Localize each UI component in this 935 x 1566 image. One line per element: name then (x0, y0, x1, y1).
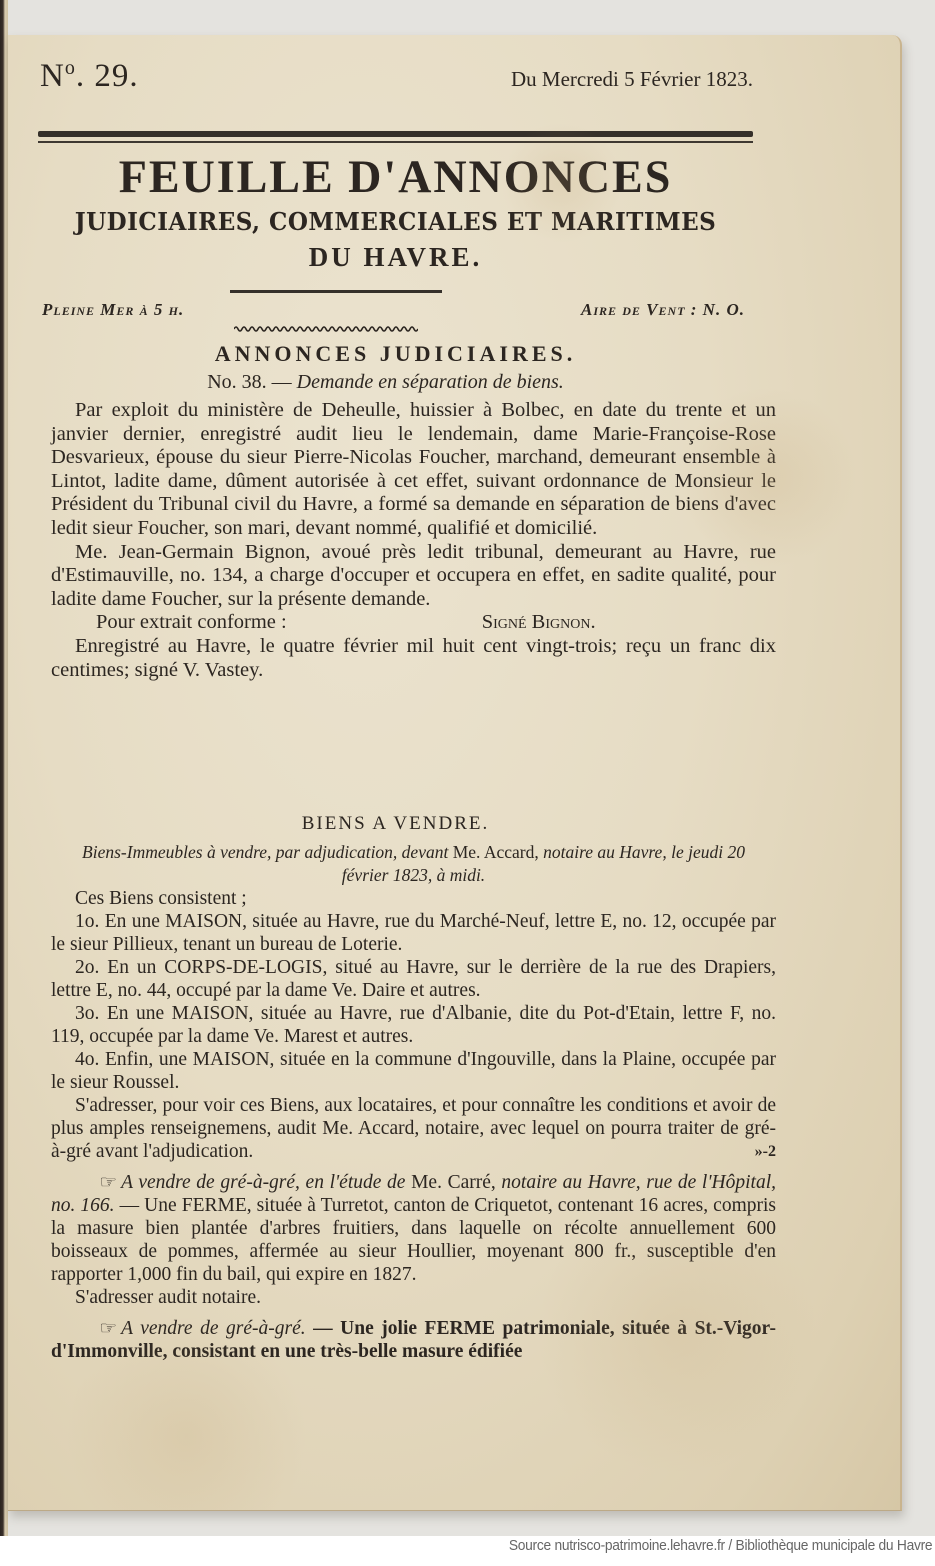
farm-ad-2: ☞A vendre de gré-à-gré. — Une jolie FERM… (51, 1317, 776, 1363)
notice-heading: No. 38. — Demande en séparation de biens… (28, 371, 743, 394)
auction-intro: Biens-Immeubles à vendre, par adjudicati… (51, 841, 776, 887)
newspaper-title: FEUILLE D'ANNONCES (45, 150, 746, 204)
extract-line: Pour extrait conforme :Signé Bignon. (51, 611, 776, 635)
sales-contact: S'adresser, pour voir ces Biens, aux loc… (51, 1094, 776, 1163)
farm-ad-1-contact: S'adresser audit notaire. (51, 1286, 776, 1309)
issue-number: No. 29. (40, 57, 139, 95)
source-credit: Source nutrisco-patrimoine.lehavre.fr / … (509, 1537, 932, 1554)
newspaper-subtitle: JUDICIAIRES, COMMERCIALES ET MARITIMES (47, 207, 745, 236)
issue-prefix: N (40, 58, 65, 94)
consist-label: Ces Biens consistent ; (51, 887, 776, 910)
tide-info: Pleine Mer à 5 h. (42, 300, 184, 320)
wavy-ornament (234, 325, 418, 333)
farm-ad-1: ☞A vendre de gré-à-gré, en l'étude de Me… (51, 1171, 776, 1286)
judicial-paragraph-1: Par exploit du ministère de Deheulle, hu… (51, 399, 776, 541)
section-title-judicial: ANNONCES JUDICIAIRES. (38, 341, 753, 367)
property-item-3: 3o. En une MAISON, située au Havre, rue … (51, 1002, 776, 1048)
issue-date: Du Mercredi 5 Février 1823. (511, 67, 753, 92)
farm-ad-2-lead: A vendre de gré-à-gré. (121, 1318, 305, 1339)
issue-number-value: . 29. (76, 58, 139, 94)
notice-title: Demande en séparation de biens. (297, 371, 564, 393)
issue-sup: o (65, 57, 76, 79)
manicule-icon: ☞ (73, 1317, 117, 1340)
extract-label: Pour extrait conforme : (96, 611, 287, 633)
auction-intro-text-1: Biens-Immeubles à vendre, par adjudicati… (82, 842, 453, 862)
sales-body: Biens-Immeubles à vendre, par adjudicati… (51, 841, 776, 1363)
masthead-rule-thick (38, 131, 753, 137)
judicial-body: Par exploit du ministère de Deheulle, hu… (51, 399, 776, 682)
notice-number: No. 38. (207, 371, 266, 393)
property-item-2: 2o. En un CORPS-DE-LOGIS, situé au Havre… (51, 956, 776, 1002)
farm-ad-1-body: — Une FERME, située à Turretot, canton d… (51, 1195, 776, 1285)
masthead-rule-thin (38, 141, 753, 143)
farm-ad-1-lead: A vendre de gré-à-gré, en l'étude de (121, 1172, 411, 1193)
binding-edge (0, 0, 8, 1536)
masthead-top-line: No. 29. Du Mercredi 5 Février 1823. (38, 57, 753, 97)
newspaper-city: DU HAVRE. (38, 242, 753, 273)
registration-note: Enregistré au Havre, le quatre février m… (51, 635, 776, 682)
auction-notary: Me. Accard, (453, 842, 539, 862)
sales-contact-text: S'adresser, pour voir ces Biens, aux loc… (51, 1095, 776, 1162)
farm-ad-1-notary: Me. Carré, (411, 1172, 496, 1193)
newspaper-page: No. 29. Du Mercredi 5 Février 1823. FEUI… (8, 35, 902, 1511)
title-rule (230, 290, 442, 293)
section-title-sales: BIENS A VENDRE. (38, 813, 753, 835)
sales-contact-mark: »-2 (731, 1140, 776, 1163)
property-item-1: 1o. En une MAISON, située au Havre, rue … (51, 910, 776, 956)
wind-info: Aire de Vent : N. O. (581, 300, 745, 320)
property-item-4: 4o. Enfin, une MAISON, située en la comm… (51, 1048, 776, 1094)
signature: Signé Bignon. (437, 611, 596, 635)
notice-dash: — (267, 371, 297, 393)
judicial-paragraph-2: Me. Jean-Germain Bignon, avoué près ledi… (51, 541, 776, 612)
manicule-icon: ☞ (73, 1171, 117, 1194)
